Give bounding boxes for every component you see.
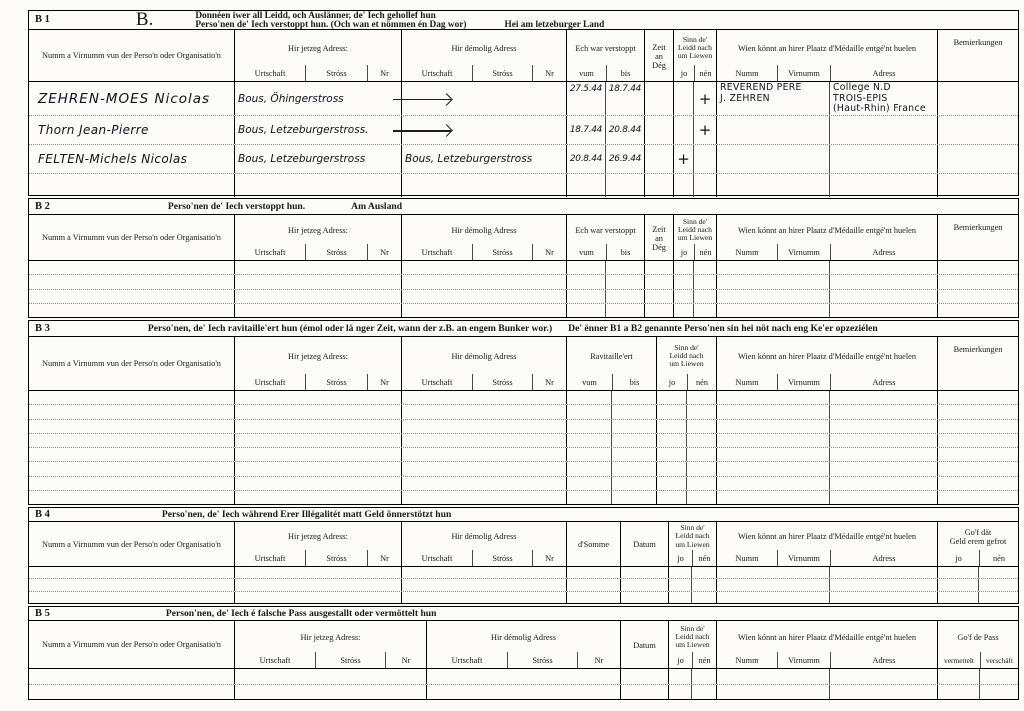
scanned-form-page: B 1 B. Donnéen iwer all Leidd, och Auslä… [0, 0, 1024, 711]
span: vum [567, 244, 606, 260]
col-medal-recipient: Wien kónnt an hirer Plaatz d'Médaille en… [716, 337, 937, 390]
cell-c [29, 448, 234, 461]
col-name: Numm a Virnumm vun der Perso'n oder Orga… [29, 30, 234, 81]
cell-c [29, 567, 234, 578]
cell-c [234, 462, 401, 475]
cell-c [829, 669, 937, 684]
cell-c [401, 261, 566, 274]
cell-c [401, 448, 566, 461]
cell-c [620, 567, 668, 578]
current-address-value: Bous, Letzeburgerstross [238, 153, 365, 165]
col-remarks: Bemierkungen [937, 215, 1018, 260]
cell-c [566, 304, 605, 317]
b5-table-body [29, 669, 1018, 699]
cell-c [566, 448, 611, 461]
cell-c [401, 579, 566, 590]
b4-column-header: Numm a Virnumm vun der Perso'n oder Orga… [29, 522, 1018, 567]
cell-subs: jonén [669, 550, 716, 566]
section-b4: B 4 Perso'nen, de' Iech während Erer Ill… [28, 507, 1019, 604]
form-sheet: B 1 B. Donnéen iwer all Leidd, och Auslä… [28, 10, 1019, 702]
cell-lbl: Hir jetzeg Adress: [235, 215, 401, 244]
cell-sd: nén [979, 550, 1018, 566]
cell-c [605, 275, 644, 288]
table-row [29, 592, 1018, 603]
section-b4-title: Perso'nen, de' Iech während Erer Illégal… [162, 509, 451, 520]
cell-c [611, 405, 656, 418]
cell-subs: vumbis [567, 65, 644, 81]
cell-c [29, 174, 234, 197]
cell-c [937, 491, 1018, 504]
cell-c [937, 174, 1018, 197]
cell-c [829, 579, 937, 590]
cell-c [937, 420, 1018, 433]
cell-sd: Adress [830, 652, 937, 668]
col-date: Datum [620, 621, 668, 668]
cell-c [426, 685, 620, 700]
cell-c [716, 261, 829, 274]
former-address-value: Bous, Letzeburgerstross [405, 153, 532, 165]
col-name: Numm a Virnumm vun der Perso'n oder Orga… [29, 215, 234, 260]
table-row [29, 261, 1018, 275]
cell-sd: Nr [532, 244, 566, 260]
cell-c: + [693, 116, 716, 144]
section-b2-titlebar: B 2 Perso'nen de' Iech verstoppt hun. Am… [29, 199, 1018, 215]
cell-subs: UrtschaftStróssNr [402, 244, 566, 260]
span: Urtschaft [235, 65, 305, 81]
section-b1-title: Donnéen iwer all Leidd, och Auslänner, d… [195, 11, 604, 31]
cell-c [686, 405, 716, 418]
cell-c [656, 405, 686, 418]
cell-c [829, 448, 937, 461]
table-row [29, 669, 1018, 685]
cell-subs: jonén [674, 244, 716, 260]
cell-sd: Virnumm [777, 65, 830, 81]
cell-c [566, 405, 611, 418]
cell-sd: nén [692, 652, 716, 668]
cell-c [620, 592, 668, 603]
cell-c [691, 579, 716, 590]
col-still-alive: Sinn de' Leidd nach um Liewen jonén [656, 337, 716, 390]
cell-lbl: Numm a Virnumm vun der Perso'n oder Orga… [29, 522, 234, 566]
cell-c [234, 405, 401, 418]
cell-c [716, 491, 829, 504]
cell-c [29, 275, 234, 288]
cell-c [829, 685, 937, 700]
section-b5-label: B 5 [29, 608, 50, 619]
cell-c [691, 685, 716, 700]
cell-c [234, 448, 401, 461]
cell-c [566, 275, 605, 288]
cell-c [234, 491, 401, 504]
cell-lbl: Wien kónnt an hirer Plaatz d'Médaille en… [717, 215, 937, 244]
span: Urtschaft [402, 374, 472, 390]
cell-c [673, 116, 693, 144]
cell-c [656, 448, 686, 461]
col-name: Numm a Virnumm vun der Perso'n oder Orga… [29, 337, 234, 390]
cell-c [644, 82, 673, 115]
cell-c [691, 592, 716, 603]
cell-c [673, 275, 693, 288]
cell-subs: jonén [669, 652, 716, 668]
cell-c [691, 567, 716, 578]
cell-c [611, 477, 656, 490]
cell-lbl: Bemierkungen [938, 215, 1018, 260]
table-row [29, 579, 1018, 591]
cell-lbl: Hir démolig Adress [402, 215, 566, 244]
cell-lbl: Bemierkungen [938, 30, 1018, 81]
section-b3: B 3 Perso'nen, de' Iech ravitaille'ert h… [28, 320, 1019, 505]
cell-c [716, 592, 829, 603]
cell-sd: Adress [830, 65, 937, 81]
section-b3-title: Perso'nen, de' Iech ravitaille'ert hun (… [148, 323, 552, 334]
cell-c [401, 567, 566, 578]
cell-c [716, 434, 829, 447]
cell-lbl: Numm a Virnumm vun der Perso'n oder Orga… [29, 30, 234, 81]
cell-c [673, 82, 693, 115]
cell-lbl: Sinn de' Leidd nach um Liewen [674, 215, 716, 244]
cell-c [673, 290, 693, 303]
cell-sd: nén [687, 374, 716, 390]
cell-sd: Nr [367, 550, 401, 566]
cell-c [693, 275, 716, 288]
cell-c [644, 145, 673, 173]
col-name: Numm a Virnumm vun der Perso'n oder Orga… [29, 522, 234, 566]
cell-lbl: Numm a Virnumm vun der Perso'n oder Orga… [29, 337, 234, 390]
section-b2-title-right: Am Ausland [351, 201, 402, 212]
cell-c [693, 304, 716, 317]
cell-subs: UrtschaftStróssNr [402, 65, 566, 81]
cell-lbl: Hir démolig Adress [427, 621, 620, 652]
cell-c [401, 391, 566, 404]
cell-c [234, 261, 401, 274]
b2-column-header: Numm a Virnumm vun der Perso'n oder Orga… [29, 215, 1018, 261]
cell-lbl: Hir jetzeg Adress: [235, 30, 401, 65]
section-b2: B 2 Perso'nen de' Iech verstoppt hun. Am… [28, 198, 1019, 318]
cell-c [29, 477, 234, 490]
cell-c [937, 477, 1018, 490]
cell-c [829, 567, 937, 578]
cell-lbl: Wien kónnt an hirer Plaatz d'Médaille en… [717, 522, 937, 550]
cell-lbl: Hir jetzeg Adress: [235, 522, 401, 550]
cell-c [979, 685, 1018, 700]
cell-lbl: Hir démolig Adress [402, 522, 566, 550]
cell-c [937, 116, 1018, 144]
cell-c [611, 491, 656, 504]
cell-c [401, 275, 566, 288]
cell-lbl: Ravitaille'ert [567, 337, 656, 374]
cell-lbl: Numm a Virnumm vun der Perso'n oder Orga… [29, 621, 234, 668]
date-from: 20.8.44 [570, 154, 602, 164]
col-still-alive: Sinn de' Leidd nach um Liewen jonén [668, 621, 716, 668]
section-b4-titlebar: B 4 Perso'nen, de' Iech während Erer Ill… [29, 508, 1018, 522]
cell-c [29, 261, 234, 274]
cell-subs: jonén [674, 65, 716, 81]
cell-c [234, 275, 401, 288]
cell-c [716, 420, 829, 433]
cell-c [234, 567, 401, 578]
cell-lbl: Wien kónnt an hirer Plaatz d'Médaille en… [717, 621, 937, 652]
cell-subs: NummVirnummAdress [717, 65, 937, 81]
cell-medwrap: Wien kónnt an hirer Plaatz d'Médaille en… [738, 226, 916, 235]
col-days: Zeit an Dég [644, 215, 673, 260]
alive-no-mark: + [699, 125, 712, 135]
b1-column-header: Numm a Virnumm vun der Perso'n oder Orga… [29, 30, 1018, 82]
cell-c [656, 391, 686, 404]
span: Urtschaft [235, 550, 305, 566]
same-address-arrow-icon [393, 99, 451, 101]
cell-c [234, 477, 401, 490]
cell-c [716, 477, 829, 490]
cell-c [566, 434, 611, 447]
cell-sd: Stróss [305, 65, 367, 81]
cell-subs: vumbis [567, 244, 644, 260]
col-current-address: Hir jetzeg Adress: UrtschaftStróssNr [234, 522, 401, 566]
b1-table-body: ZEHREN-MOES Nicolas Bous, Öhingerstross … [29, 82, 1018, 197]
cell-sd: nén [692, 550, 716, 566]
current-address-value: Bous, Öhingerstross [238, 93, 344, 105]
cell-c [716, 579, 829, 590]
col-still-alive: Sinn de' Leidd nach um Liewen jonén [673, 30, 716, 81]
section-b5: B 5 Person'nen, de' Iech é falsche Pass … [28, 606, 1019, 700]
cell-c [829, 275, 937, 288]
cell-c [668, 567, 691, 578]
section-b3-note: De' ënner B1 a B2 genannte Perso'nen sin… [568, 323, 878, 334]
cell-c [566, 579, 620, 590]
cell-c [829, 290, 937, 303]
cell-c [937, 448, 1018, 461]
cell-c [611, 448, 656, 461]
cell-c: 20.8.44 [605, 116, 644, 144]
col-name: Numm a Virnumm vun der Perso'n oder Orga… [29, 621, 234, 668]
cell-c [234, 434, 401, 447]
cell-c [716, 669, 829, 684]
cell-sd: Nr [385, 652, 426, 668]
cell-c: FELTEN-Michels Nicolas [29, 145, 234, 173]
cell-c [29, 290, 234, 303]
date-to: 20.8.44 [609, 125, 641, 135]
cell-c [716, 290, 829, 303]
cell-c [29, 462, 234, 475]
cell-c [829, 174, 937, 197]
span: Urtschaft [402, 65, 472, 81]
cell-c [234, 592, 401, 603]
cell-c [605, 304, 644, 317]
cell-c [937, 592, 978, 603]
cell-c [401, 592, 566, 603]
cell-c [686, 391, 716, 404]
cell-c [234, 174, 401, 197]
col-days: Zeit an Dég [644, 30, 673, 81]
cell-subs: UrtschaftStróssNr [402, 374, 566, 390]
date-to: 18.7.44 [609, 84, 641, 94]
cell-c [566, 567, 620, 578]
cell-c: + [693, 82, 716, 115]
col-hidden-period: Ech war verstoppt vumbis [566, 30, 644, 81]
cell-c [644, 290, 673, 303]
cell-sd: Nr [367, 65, 401, 81]
cell-c [566, 462, 611, 475]
col-medal-recipient: Wien kónnt an hirer Plaatz d'Médaille en… [716, 30, 937, 81]
table-row [29, 275, 1018, 289]
cell-c [401, 304, 566, 317]
cell-c: Bous, Letzeburgerstross [401, 145, 566, 173]
section-b4-label: B 4 [29, 509, 50, 520]
cell-sd: Stróss [472, 550, 532, 566]
col-current-address: Hir jetzeg Adress: UrtschaftStróssNr [234, 215, 401, 260]
span: Urtschaft [427, 652, 507, 668]
cell-lbl: Wien kónnt an hirer Plaatz d'Médaille en… [717, 337, 937, 374]
cell-subs: jonén [657, 374, 716, 390]
cell-c [644, 275, 673, 288]
cell-c [686, 491, 716, 504]
cell-c [829, 261, 937, 274]
span: jo [938, 550, 979, 566]
col-former-address: Hir démolig Adress UrtschaftStróssNr [401, 215, 566, 260]
span: Urtschaft [235, 244, 305, 260]
cell-c [673, 261, 693, 274]
cell-c: College N.D TROIS-EPIS (Haut-Rhin) Franc… [829, 82, 937, 115]
cell-lbl: Zeit an Dég [645, 30, 673, 81]
cell-c [401, 420, 566, 433]
cell-subs: vumbis [567, 374, 656, 390]
cell-c [656, 462, 686, 475]
cell-c [978, 592, 1018, 603]
section-b5-titlebar: B 5 Person'nen, de' Iech é falsche Pass … [29, 607, 1018, 621]
col-hidden-period: Ech war verstoppt vumbis [566, 215, 644, 260]
cell-sd: Nr [577, 652, 620, 668]
cell-c [401, 434, 566, 447]
person-name: Thorn Jean-Pierre [38, 123, 149, 137]
table-row [29, 420, 1018, 434]
cell-lbl: Hir démolig Adress [402, 30, 566, 65]
cell-subs: UrtschaftStróssNr [402, 550, 566, 566]
cell-medwrap: Wien kónnt an hirer Plaatz d'Médaille en… [738, 633, 916, 642]
span: jo [657, 374, 687, 390]
cell-c [29, 434, 234, 447]
cell-sd: Virnumm [777, 244, 830, 260]
section-b1-titlebar: B 1 B. Donnéen iwer all Leidd, och Auslä… [29, 11, 1018, 30]
cell-sd: Stróss [472, 65, 532, 81]
cell-c [566, 174, 605, 197]
cell-sd: nén [694, 65, 716, 81]
span: Numm [717, 652, 777, 668]
col-medal-recipient: Wien kónnt an hirer Plaatz d'Médaille en… [716, 215, 937, 260]
cell-c [668, 592, 691, 603]
cell-subs: NummVirnummAdress [717, 550, 937, 566]
cell-c [686, 448, 716, 461]
cell-c [829, 434, 937, 447]
table-row [29, 491, 1018, 504]
cell-lbl: Bemierkungen [938, 337, 1018, 390]
span: jo [674, 65, 694, 81]
cell-c [401, 174, 566, 197]
cell-c: Bous, Letzeburgerstross [234, 145, 401, 173]
medal-recipient-address: College N.D TROIS-EPIS (Haut-Rhin) Franc… [833, 83, 926, 115]
cell-c [234, 420, 401, 433]
cell-c: 27.5.44 [566, 82, 605, 115]
span: vermettelt [938, 652, 980, 668]
cell-subs: NummVirnummAdress [717, 244, 937, 260]
cell-c [716, 685, 829, 700]
cell-lbl: Sinn de' Leidd nach um Liewen [657, 337, 716, 374]
b4-table-body [29, 567, 1018, 603]
col-current-address: Hir jetzeg Adress: UrtschaftStróssNr [234, 621, 426, 668]
b5-column-header: Numm a Virnumm vun der Perso'n oder Orga… [29, 621, 1018, 669]
same-address-arrow-icon [393, 130, 451, 132]
medal-recipient-name: REVEREND PERE J. ZEHREN [720, 83, 802, 104]
cell-c [234, 669, 426, 684]
cell-c [716, 391, 829, 404]
cell-sd: Stróss [305, 550, 367, 566]
cell-subs: UrtschaftStróssNr [235, 652, 426, 668]
cell-c [937, 405, 1018, 418]
cell-subs: jonén [938, 550, 1018, 566]
cell-sd: bis [606, 244, 644, 260]
cell-c [686, 420, 716, 433]
cell-sd: Stróss [507, 652, 577, 668]
cell-c [29, 391, 234, 404]
cell-c [234, 304, 401, 317]
cell-c [978, 567, 1018, 578]
table-row [29, 391, 1018, 405]
span: Urtschaft [235, 652, 315, 668]
cell-c [829, 116, 937, 144]
span: Urtschaft [402, 244, 472, 260]
cell-c [829, 391, 937, 404]
big-letter-b: B. [136, 11, 153, 28]
cell-c [668, 669, 691, 684]
table-row [29, 462, 1018, 476]
table-row [29, 477, 1018, 491]
cell-sd: Stróss [472, 374, 532, 390]
cell-c [426, 669, 620, 684]
cell-sd: nén [694, 244, 716, 260]
cell-c [716, 567, 829, 578]
col-date: Datum [620, 522, 668, 566]
cell-sd: Nr [532, 550, 566, 566]
cell-c [620, 669, 668, 684]
span: Numm [717, 550, 777, 566]
cell-c [937, 669, 979, 684]
cell-c [686, 434, 716, 447]
cell-lbl: Hir jetzeg Adress: [235, 621, 426, 652]
cell-medwrap: Wien kónnt an hirer Plaatz d'Médaille en… [738, 44, 916, 53]
cell-c [656, 434, 686, 447]
table-row [29, 405, 1018, 419]
cell-subs: NummVirnummAdress [717, 374, 937, 390]
cell-sd: bis [606, 65, 644, 81]
cell-subs: NummVirnummAdress [717, 652, 937, 668]
cell-c: Bous, Letzeburgerstross. [234, 116, 401, 144]
cell-sd: Virnumm [777, 652, 830, 668]
table-row: Thorn Jean-Pierre Bous, Letzeburgerstros… [29, 116, 1018, 145]
cell-c [693, 261, 716, 274]
cell-c [29, 579, 234, 590]
cell-c [566, 491, 611, 504]
cell-c [620, 579, 668, 590]
cell-c [829, 304, 937, 317]
section-b3-label: B 3 [29, 323, 50, 334]
cell-c [716, 405, 829, 418]
cell-c [620, 685, 668, 700]
cell-sd: verschäft [980, 652, 1018, 668]
cell-c [978, 579, 1018, 590]
cell-c [716, 275, 829, 288]
cell-c [691, 669, 716, 684]
table-row [29, 448, 1018, 462]
cell-c [29, 405, 234, 418]
col-medal-recipient: Wien kónnt an hirer Plaatz d'Médaille en… [716, 621, 937, 668]
